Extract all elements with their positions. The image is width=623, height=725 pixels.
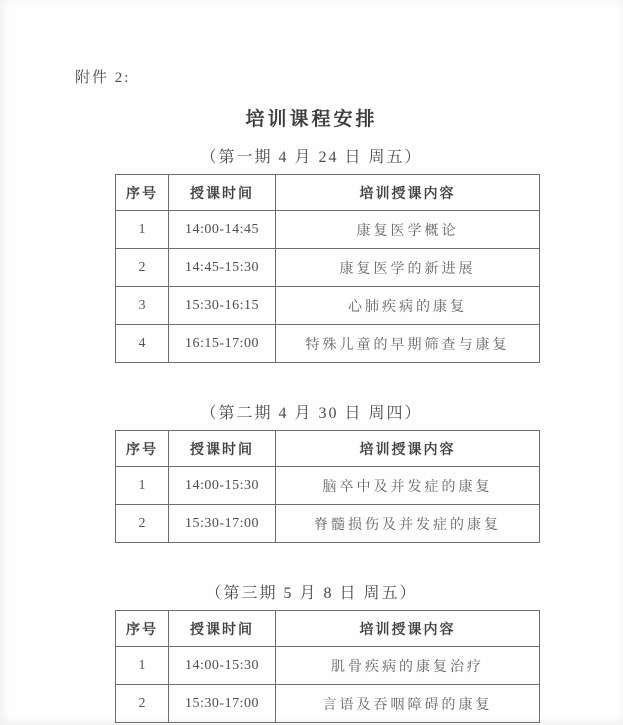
row-number-cell: 1 — [116, 467, 169, 505]
table-row: 4 16:15-17:00 特殊儿童的早期筛查与康复 — [116, 325, 540, 363]
session-section: （第一期 4 月 24 日 周五） 序号 授课时间 培训授课内容 1 14:00… — [0, 144, 623, 363]
schedule-table: 序号 授课时间 培训授课内容 1 14:00-14:45 康复医学概论 2 14… — [115, 174, 540, 363]
session-section: （第二期 4 月 30 日 周四） 序号 授课时间 培训授课内容 1 14:00… — [0, 400, 623, 543]
table-row: 2 15:30-17:00 言语及吞咽障碍的康复 — [116, 685, 540, 723]
row-number-cell: 2 — [116, 505, 169, 543]
session-heading: （第二期 4 月 30 日 周四） — [0, 400, 623, 423]
session-heading: （第三期 5 月 8 日 周五） — [0, 580, 623, 603]
column-header-content: 培训授课内容 — [276, 431, 540, 467]
document-page: 附件 2: 培训课程安排 （第一期 4 月 24 日 周五） 序号 授课时间 培… — [0, 0, 623, 725]
time-cell: 16:15-17:00 — [169, 325, 276, 363]
time-cell: 14:00-15:30 — [169, 647, 276, 685]
row-number-cell: 4 — [116, 325, 169, 363]
row-number-cell: 3 — [116, 287, 169, 325]
column-header-content: 培训授课内容 — [276, 175, 540, 211]
content-cell: 肌骨疾病的康复治疗 — [276, 647, 540, 685]
time-cell: 15:30-17:00 — [169, 685, 276, 723]
table-header-row: 序号 授课时间 培训授课内容 — [116, 175, 540, 211]
page-title: 培训课程安排 — [0, 104, 623, 131]
table-header-row: 序号 授课时间 培训授课内容 — [116, 431, 540, 467]
time-cell: 14:00-15:30 — [169, 467, 276, 505]
time-cell: 15:30-16:15 — [169, 287, 276, 325]
table-header-row: 序号 授课时间 培训授课内容 — [116, 611, 540, 647]
schedule-table: 序号 授课时间 培训授课内容 1 14:00-15:30 肌骨疾病的康复治疗 2… — [115, 610, 540, 723]
table-row: 2 14:45-15:30 康复医学的新进展 — [116, 249, 540, 287]
row-number-cell: 2 — [116, 685, 169, 723]
content-cell: 言语及吞咽障碍的康复 — [276, 685, 540, 723]
time-cell: 15:30-17:00 — [169, 505, 276, 543]
content-cell: 特殊儿童的早期筛查与康复 — [276, 325, 540, 363]
row-number-cell: 1 — [116, 211, 169, 249]
table-row: 1 14:00-15:30 肌骨疾病的康复治疗 — [116, 647, 540, 685]
sessions-container: （第一期 4 月 24 日 周五） 序号 授课时间 培训授课内容 1 14:00… — [0, 144, 623, 723]
column-header-time: 授课时间 — [169, 611, 276, 647]
table-row: 1 14:00-15:30 脑卒中及并发症的康复 — [116, 467, 540, 505]
column-header-number: 序号 — [116, 431, 169, 467]
attachment-label: 附件 2: — [75, 66, 623, 87]
column-header-time: 授课时间 — [169, 175, 276, 211]
table-row: 2 15:30-17:00 脊髓损伤及并发症的康复 — [116, 505, 540, 543]
content-cell: 康复医学概论 — [276, 211, 540, 249]
time-cell: 14:00-14:45 — [169, 211, 276, 249]
session-heading: （第一期 4 月 24 日 周五） — [0, 144, 623, 167]
content-cell: 心肺疾病的康复 — [276, 287, 540, 325]
table-row: 3 15:30-16:15 心肺疾病的康复 — [116, 287, 540, 325]
content-cell: 脑卒中及并发症的康复 — [276, 467, 540, 505]
schedule-table: 序号 授课时间 培训授课内容 1 14:00-15:30 脑卒中及并发症的康复 … — [115, 430, 540, 543]
table-row: 1 14:00-14:45 康复医学概论 — [116, 211, 540, 249]
row-number-cell: 1 — [116, 647, 169, 685]
column-header-time: 授课时间 — [169, 431, 276, 467]
column-header-number: 序号 — [116, 175, 169, 211]
content-cell: 脊髓损伤及并发症的康复 — [276, 505, 540, 543]
column-header-content: 培训授课内容 — [276, 611, 540, 647]
time-cell: 14:45-15:30 — [169, 249, 276, 287]
session-section: （第三期 5 月 8 日 周五） 序号 授课时间 培训授课内容 1 14:00-… — [0, 580, 623, 723]
row-number-cell: 2 — [116, 249, 169, 287]
column-header-number: 序号 — [116, 611, 169, 647]
content-cell: 康复医学的新进展 — [276, 249, 540, 287]
